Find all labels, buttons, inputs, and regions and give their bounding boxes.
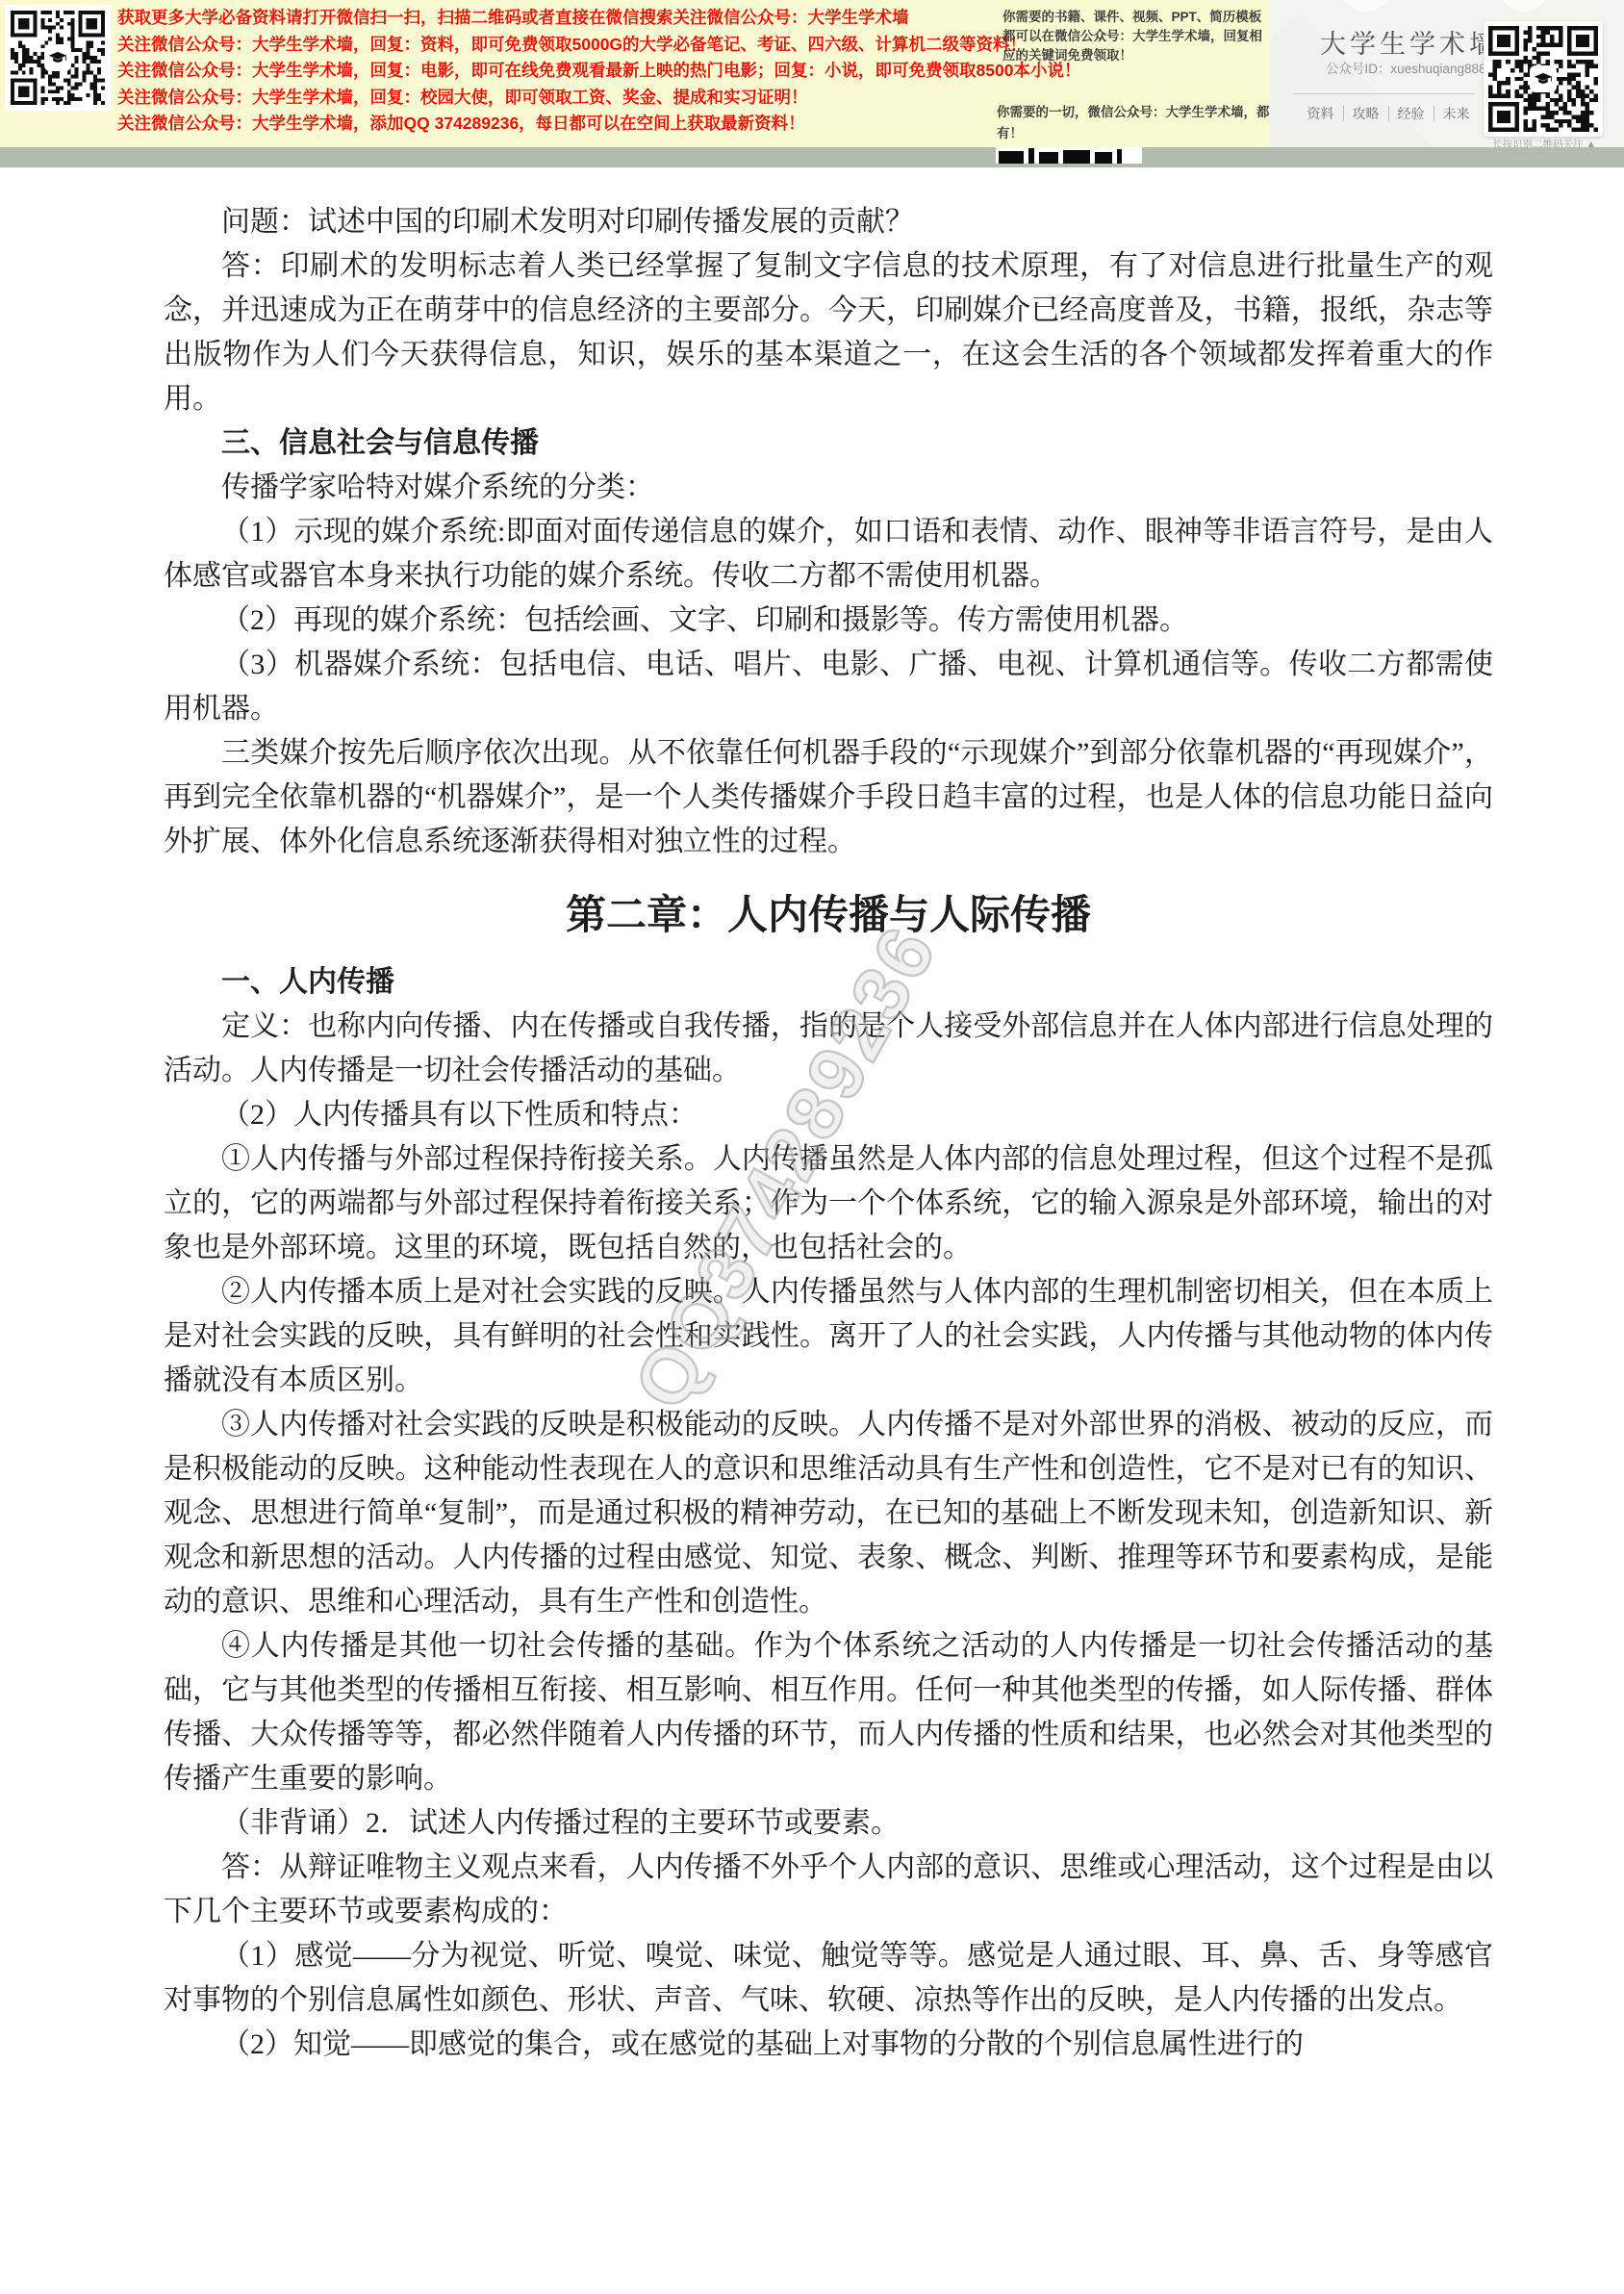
keyword: 资料 <box>1299 106 1343 121</box>
banner-line: 获取更多大学必备资料请打开微信扫一扫，扫描二维码或者直接在微信搜索关注微信公众号… <box>117 5 1012 32</box>
account-card: 大学生学术墙 公众号ID：xueshuqiang8888 资料攻略经验未来 长按… <box>1270 0 1624 147</box>
paragraph: ③人内传播对社会实践的反映是积极能动的反映。人内传播不是对外部世界的消极、被动的… <box>164 1403 1493 1624</box>
card-divider <box>1293 93 1474 94</box>
card-notch <box>1499 0 1549 12</box>
card-notch <box>1341 0 1391 12</box>
banner-text-block: 获取更多大学必备资料请打开微信扫一扫，扫描二维码或者直接在微信搜索关注微信公众号… <box>117 5 1012 138</box>
banner-note-top: 你需要的书籍、课件、视频、PPT、简历模板都可以在微信公众号：大学生学术墙，回复… <box>1002 8 1268 65</box>
paragraph: （2）知觉——即感觉的集合，或在感觉的基础上对事物的分散的个别信息属性进行的 <box>164 2023 1493 2067</box>
graduation-cap-icon <box>44 44 71 71</box>
card-keywords: 资料攻略经验未来 <box>1287 104 1489 123</box>
paragraph: （1）感觉——分为视觉、听觉、嗅觉、味觉、触觉等等。感觉是人通过眼、耳、鼻、舌、… <box>164 1934 1493 2023</box>
qr-code-left <box>5 5 111 111</box>
keyword: 经验 <box>1388 106 1434 121</box>
gray-strip <box>0 147 1624 167</box>
paragraph: 三类媒介按先后顺序依次出现。从不依靠任何机器手段的“示现媒介”到部分依靠机器的“… <box>164 731 1493 864</box>
qr-code-right <box>1484 21 1603 137</box>
banner-line: 关注微信公众号：大学生学术墙，回复：电影，即可在线免费观看最新上映的热门电影；回… <box>117 58 1012 85</box>
keyword: 攻略 <box>1343 106 1388 121</box>
banner-line: 关注微信公众号：大学生学术墙，添加QQ 374289236，每日都可以在空间上获… <box>117 111 1012 138</box>
section-heading: 三、信息社会与信息传播 <box>164 421 1493 466</box>
paragraph: （1）示现的媒介系统:即面对面传递信息的媒介，如口语和表情、动作、眼神等非语言符… <box>164 510 1493 599</box>
keyword: 未来 <box>1434 106 1479 121</box>
paragraph: ④人内传播是其他一切社会传播的基础。作为个体系统之活动的人内传播是一切社会传播活… <box>164 1624 1493 1801</box>
paragraph: 问题：试述中国的印刷术发明对印刷传播发展的贡献？ <box>164 200 1493 244</box>
paragraph: 传播学家哈特对媒介系统的分类： <box>164 466 1493 510</box>
paragraph: 答：印刷术的发明标志着人类已经掌握了复制文字信息的技术原理，有了对信息进行批量生… <box>164 244 1493 421</box>
paragraph: ②人内传播本质上是对社会实践的反映。人内传播虽然与人体内部的生理机制密切相关，但… <box>164 1270 1493 1403</box>
scanned-document-page: 获取更多大学必备资料请打开微信扫一扫，扫描二维码或者直接在微信搜索关注微信公众号… <box>0 0 1624 2294</box>
qr-caption: 长按识别二维码关注 ▲ <box>1472 137 1616 147</box>
paragraph: （非背诵）2．试述人内传播过程的主要环节或要素。 <box>164 1801 1493 1846</box>
banner-line: 关注微信公众号：大学生学术墙，回复：校园大使，即可领取工资、奖金、提成和实习证明… <box>117 85 1012 112</box>
chapter-heading: 第二章：人内传播与人际传播 <box>164 889 1493 943</box>
paragraph: （3）机器媒介系统：包括电信、电话、唱片、电影、广播、电视、计算机通信等。传收二… <box>164 643 1493 731</box>
paragraph: （2）再现的媒介系统：包括绘画、文字、印刷和摄影等。传方需使用机器。 <box>164 599 1493 643</box>
banner-line: 关注微信公众号：大学生学术墙，回复：资料，即可免费领取5000G的大学必备笔记、… <box>117 32 1012 59</box>
cropped-text-fragment <box>996 147 1142 164</box>
paragraph: 答：从辩证唯物主义观点来看，人内传播不外乎个人内部的意识、思维或心理活动，这个过… <box>164 1846 1493 1934</box>
promo-banner: 获取更多大学必备资料请打开微信扫一扫，扫描二维码或者直接在微信搜索关注微信公众号… <box>0 0 1624 147</box>
graduation-cap-icon <box>1530 65 1557 92</box>
banner-note-line: 你需要的一切，微信公众号：大学生学术墙，都有！ <box>997 102 1285 144</box>
